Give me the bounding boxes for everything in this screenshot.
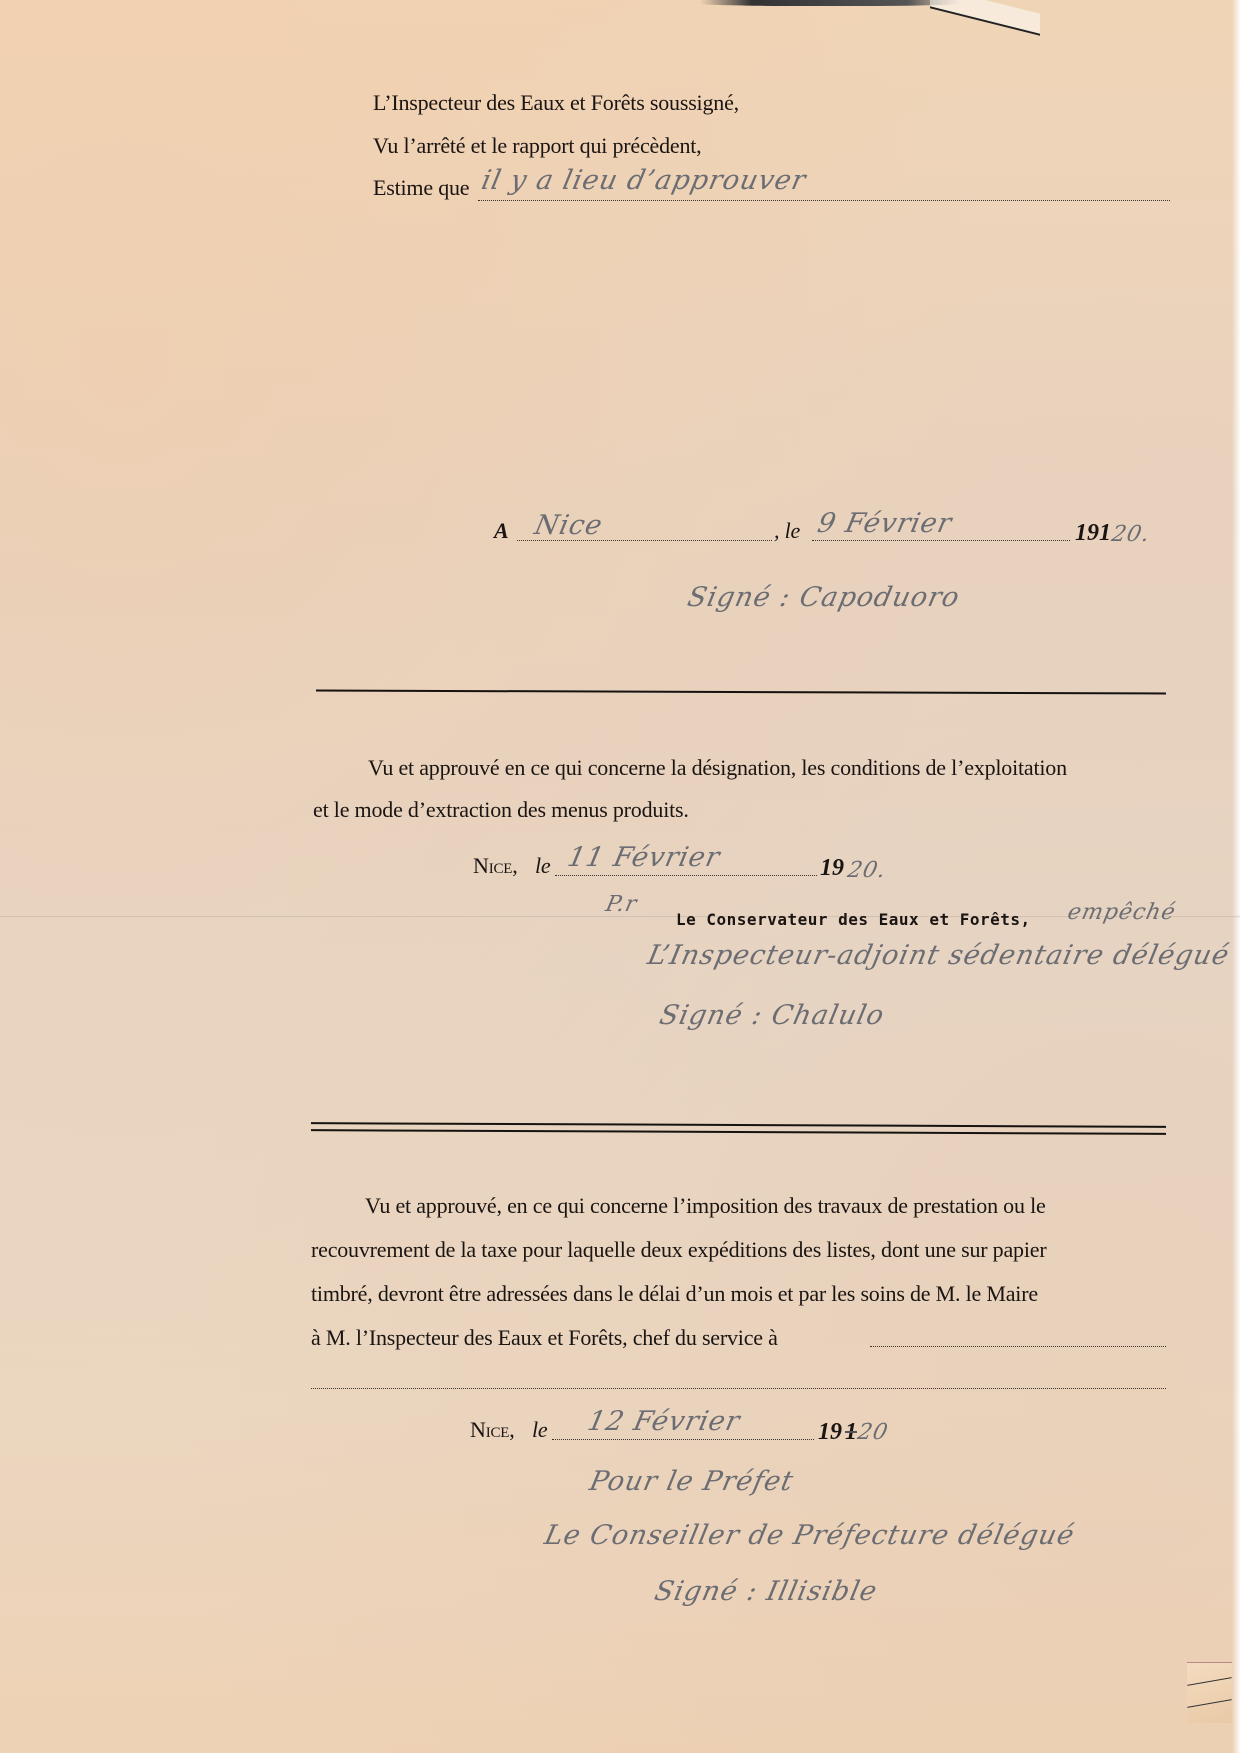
right-paper-edge bbox=[1232, 0, 1240, 1753]
conservateur-year-printed: 19 bbox=[820, 855, 844, 882]
inspector-line-2: Vu l’arrêté et le rapport qui précèdent, bbox=[373, 133, 701, 159]
date-fill-line bbox=[812, 540, 1070, 541]
prefet-para-line-4: à M. l’Inspecteur des Eaux et Forêts, ch… bbox=[311, 1325, 778, 1351]
bottom-right-tear bbox=[1187, 1662, 1232, 1723]
service-fill-line bbox=[870, 1346, 1166, 1347]
place-prefix: A bbox=[494, 518, 508, 544]
prefet-year-printed: 19 bbox=[818, 1419, 842, 1446]
inspector-signature: Signé : Capoduoro bbox=[685, 582, 963, 613]
conservateur-delegate-handwritten: L’Inspecteur-adjoint sédentaire délégué bbox=[645, 940, 1233, 971]
date-prefix: , le bbox=[774, 518, 800, 544]
prefet-sign-line-2: Le Conseiller de Préfecture délégué bbox=[542, 1520, 1078, 1551]
conservateur-title: Le Conservateur des Eaux et Forêts, bbox=[676, 910, 1031, 929]
conservateur-place: Nice, bbox=[473, 853, 518, 879]
conservateur-signature: Signé : Chalulo bbox=[657, 1000, 888, 1031]
conservateur-date-prefix: le bbox=[535, 853, 550, 879]
estime-label: Estime que bbox=[373, 175, 469, 201]
service-fill-line-2 bbox=[311, 1388, 1166, 1389]
prefet-para-line-2: recouvrement de la taxe pour laquelle de… bbox=[311, 1237, 1046, 1263]
prefet-date-handwritten: 12 Février bbox=[585, 1406, 743, 1437]
pr-handwritten: P.r bbox=[603, 892, 639, 917]
prefet-sign-line-3: Signé : Illisible bbox=[652, 1576, 881, 1607]
year-printed: 191 bbox=[1075, 520, 1111, 547]
place-handwritten-field: Nice bbox=[532, 510, 606, 541]
prefet-para-line-1: Vu et approuvé, en ce qui concerne l’imp… bbox=[365, 1193, 1046, 1219]
inspector-line-1: L’Inspecteur des Eaux et Forêts soussign… bbox=[373, 90, 739, 116]
prefet-sign-line-1: Pour le Préfet bbox=[587, 1466, 797, 1497]
year-handwritten: 20. bbox=[1109, 522, 1152, 547]
conservateur-empeche-handwritten: empêché bbox=[1065, 900, 1178, 925]
estime-fill-line bbox=[478, 200, 1170, 201]
prefet-place: Nice, bbox=[470, 1417, 515, 1443]
conservateur-year-handwritten: 20. bbox=[845, 858, 888, 883]
estime-handwritten-field: il y a lieu d’approuver bbox=[479, 165, 809, 196]
conservateur-para-line-2: et le mode d’extraction des menus produi… bbox=[313, 797, 689, 823]
prefet-date-fill-line bbox=[552, 1439, 814, 1440]
top-edge-tear bbox=[700, 0, 960, 6]
prefet-date-prefix: le bbox=[532, 1417, 547, 1443]
prefet-para-line-3: timbré, devront être adressées dans le d… bbox=[311, 1281, 1038, 1307]
conservateur-date-handwritten: 11 Février bbox=[565, 842, 723, 873]
prefet-year-handwritten: 20 bbox=[855, 1420, 890, 1445]
conservateur-para-line-1: Vu et approuvé en ce qui concerne la dés… bbox=[368, 755, 1168, 781]
conservateur-date-fill-line bbox=[555, 875, 817, 876]
date-handwritten-field: 9 Février bbox=[815, 508, 955, 539]
